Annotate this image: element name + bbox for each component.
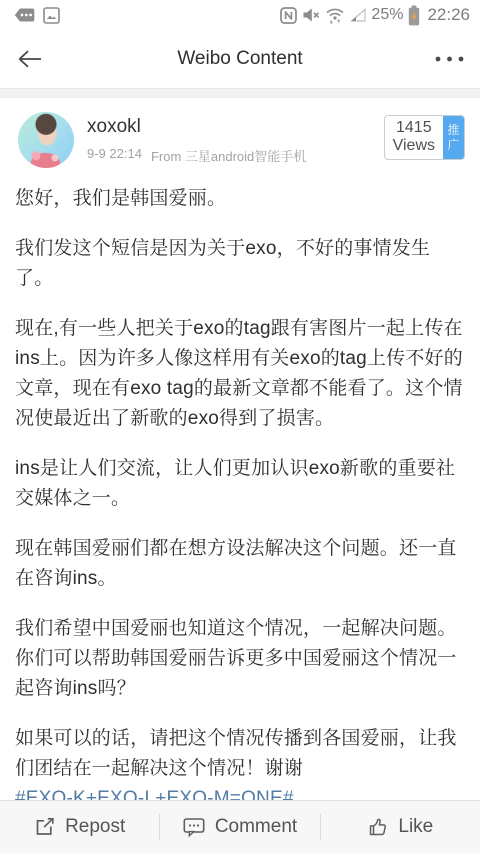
- status-bar-right: 25% 22:26: [280, 5, 470, 26]
- back-arrow-icon: [16, 48, 43, 70]
- post-body: 您好，我们是韩国爱丽。我们发这个短信是因为关于exo，不好的事情发生了。现在,有…: [15, 184, 465, 784]
- back-button[interactable]: [16, 48, 43, 70]
- post-date: 9-9 22:14: [87, 146, 142, 165]
- page-title: Weibo Content: [0, 48, 480, 70]
- wifi-icon: [325, 7, 345, 24]
- post-paragraph: 现在,有一些人把关于exo的tag跟有害图片一起上传在ins上。因为许多人像这样…: [15, 314, 465, 434]
- user-info: xoxokl 9-9 22:14 From 三星android智能手机: [87, 112, 306, 165]
- notification-tag-icon: [14, 8, 35, 22]
- hashtag-wrap: #EXO-K+EXO-L+EXO-M=ONE#: [15, 784, 465, 800]
- comment-icon: [183, 817, 205, 837]
- like-icon: [367, 817, 388, 837]
- views-badge: 1415 Views 推广: [384, 115, 465, 160]
- post-meta: 9-9 22:14 From 三星android智能手机: [87, 146, 306, 165]
- post-content: xoxokl 9-9 22:14 From 三星android智能手机 1415…: [0, 98, 480, 800]
- like-label: Like: [398, 816, 433, 838]
- repost-icon: [34, 817, 55, 837]
- clock-time: 22:26: [427, 5, 470, 25]
- post-source: From 三星android智能手机: [151, 146, 306, 165]
- username[interactable]: xoxokl: [87, 115, 306, 139]
- post-paragraph: 您好，我们是韩国爱丽。: [15, 184, 465, 214]
- comment-button[interactable]: Comment: [160, 801, 319, 853]
- mute-icon: [302, 7, 320, 23]
- screenshot-icon: [43, 7, 60, 24]
- nfc-icon: [280, 7, 297, 24]
- post-paragraph: 我们希望中国爱丽也知道这个情况，一起解决问题。你们可以帮助韩国爱丽告诉更多中国爱…: [15, 614, 465, 704]
- user-row: xoxokl 9-9 22:14 From 三星android智能手机 1415…: [0, 98, 480, 168]
- battery-charging-icon: [408, 5, 420, 26]
- repost-label: Repost: [65, 816, 125, 838]
- views-count: 1415: [393, 119, 435, 137]
- post-paragraph: 现在韩国爱丽们都在想方设法解决这个问题。还一直在咨询ins。: [15, 534, 465, 594]
- status-bar: 25% 22:26: [0, 0, 480, 30]
- battery-percent: 25%: [371, 6, 403, 24]
- signal-icon: [350, 8, 366, 22]
- post-paragraph: ins是让人们交流，让人们更加认识exo新歌的重要社交媒体之一。: [15, 454, 465, 514]
- post-paragraph: 我们发这个短信是因为关于exo，不好的事情发生了。: [15, 234, 465, 294]
- repost-button[interactable]: Repost: [0, 801, 159, 853]
- header-divider: [0, 88, 480, 98]
- screen: 25% 22:26 Weibo Content xoxokl: [0, 0, 480, 853]
- bottom-action-bar: Repost Comment Like: [0, 800, 480, 853]
- post-paragraph: 如果可以的话，请把这个情况传播到各国爱丽，让我们团结在一起解决这个情况！谢谢: [15, 724, 465, 784]
- like-button[interactable]: Like: [321, 801, 480, 853]
- status-bar-left: [14, 7, 60, 24]
- promo-tag: 推广: [443, 116, 464, 159]
- more-menu-icon: [435, 56, 464, 62]
- app-header: Weibo Content: [0, 30, 480, 88]
- views-label: Views: [393, 137, 435, 155]
- hashtag-link[interactable]: #EXO-K+EXO-L+EXO-M=ONE#: [15, 784, 465, 800]
- comment-label: Comment: [215, 816, 297, 838]
- more-menu-button[interactable]: [435, 50, 464, 68]
- views-count-block: 1415 Views: [385, 116, 443, 159]
- avatar[interactable]: [18, 112, 74, 168]
